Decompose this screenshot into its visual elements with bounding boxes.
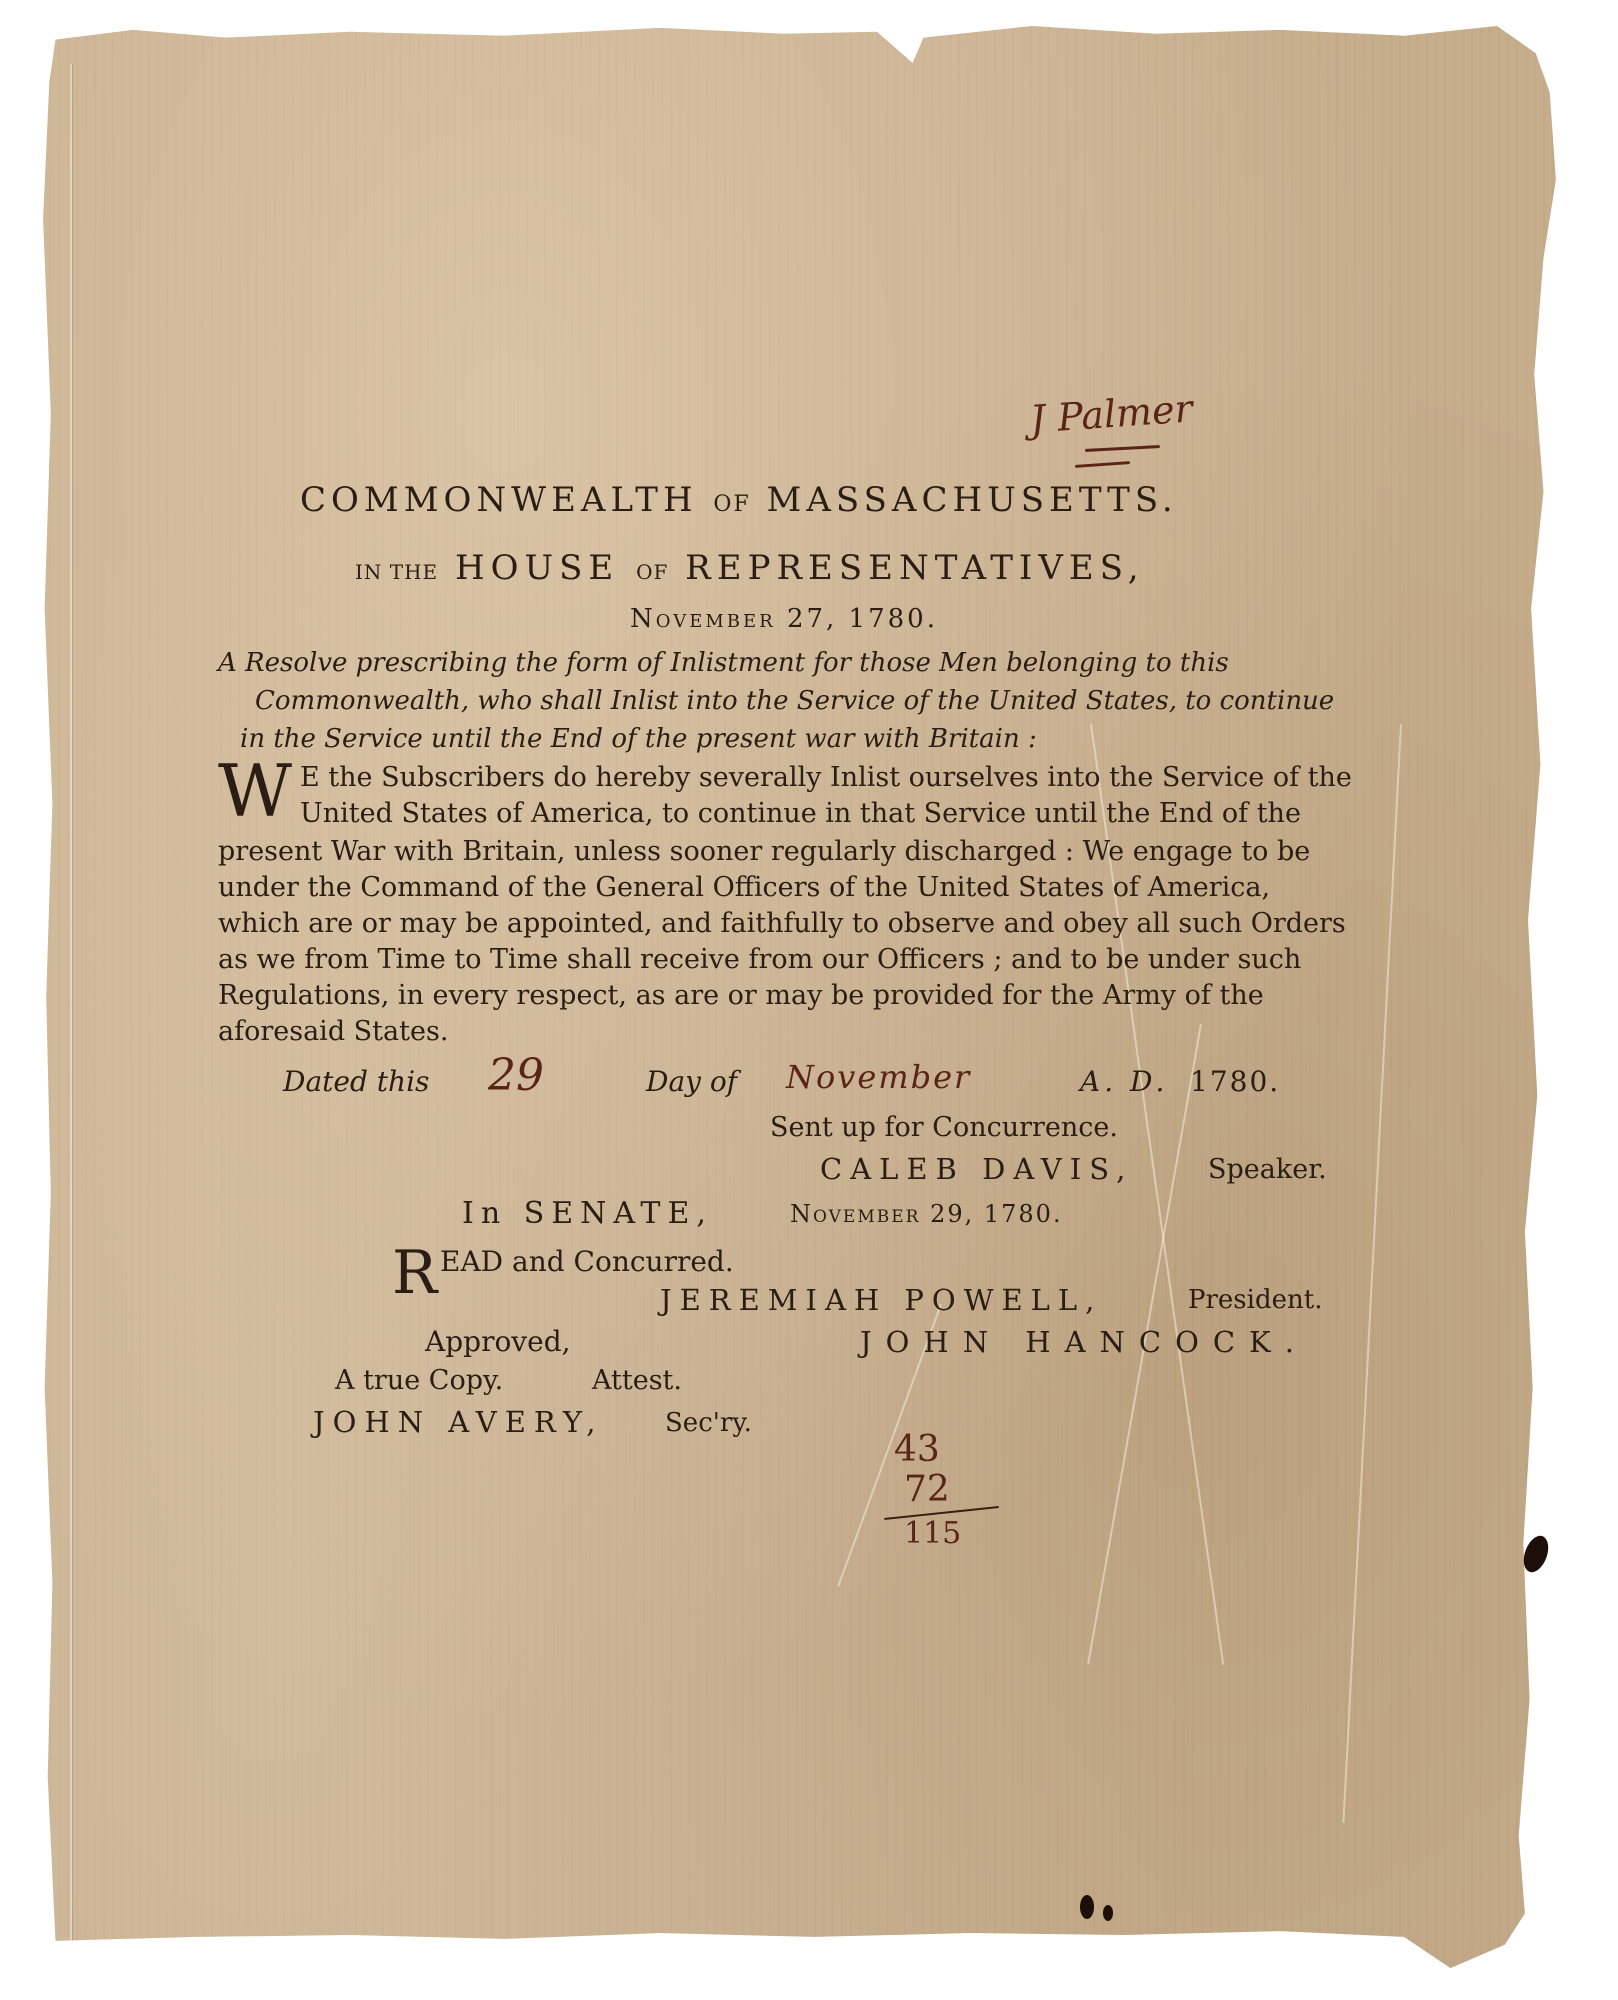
handwritten-tally: 43 72 115 [890,1430,1000,1554]
heading-text: of [713,492,750,517]
paper-crease [1342,724,1402,1823]
senate-label: In SENATE, [462,1196,713,1231]
ink-stain [1080,1895,1094,1919]
read-concurred: EAD and Concurred. [440,1245,734,1278]
body-line: Regulations, in every respect, as are or… [218,980,1264,1011]
heading-text: In the [355,560,438,584]
heading-text: REPRESENTATIVES, [685,548,1144,588]
heading-date: November 27, 1780. [630,604,938,634]
body-line: E the Subscribers do hereby severally In… [300,762,1352,793]
true-copy-label: A true Copy. [335,1365,503,1396]
president-name: JEREMIAH POWELL, [660,1283,1102,1317]
body-line: under the Command of the General Officer… [218,872,1270,903]
handwritten-day: 29 [488,1050,544,1101]
ink-stain [1103,1905,1113,1921]
body-line: which are or may be appointed, and faith… [218,908,1346,939]
sent-up-text: Sent up for Concurrence. [770,1112,1118,1143]
body-line: present War with Britain, unless sooner … [218,836,1310,867]
drop-cap: W [218,755,292,827]
resolve-line: A Resolve prescribing the form of Inlist… [218,648,1229,678]
tally-first: 43 [890,1430,1000,1470]
tally-second: 72 [890,1470,1000,1510]
speaker-title: Speaker. [1208,1154,1327,1185]
heading-text: MASSACHUSETTS. [767,480,1178,520]
secretary-name: JOHN AVERY, [313,1405,603,1439]
resolve-line: in the Service until the End of the pres… [240,724,1037,754]
secretary-title: Sec'ry. [665,1408,752,1438]
body-line: as we from Time to Time shall receive fr… [218,944,1301,975]
ad-label: A. D. [1080,1065,1168,1098]
governor-name: JOHN HANCOCK. [860,1325,1308,1359]
heading-commonwealth: COMMONWEALTH of MASSACHUSETTS. [300,480,1178,520]
senate-date: November 29, 1780. [790,1200,1063,1228]
heading-house: In the HOUSE of REPRESENTATIVES, [355,548,1145,588]
president-title: President. [1188,1285,1322,1315]
handwritten-month: November [786,1058,971,1096]
body-line: United States of America, to continue in… [300,798,1301,829]
heading-text: of [636,560,668,584]
heading-text: HOUSE [455,548,619,588]
resolve-line: Commonwealth, who shall Inlist into the … [255,686,1334,716]
dated-year: 1780. [1190,1065,1280,1098]
speaker-name: CALEB DAVIS, [820,1152,1133,1186]
paper-fold-left [70,64,72,1944]
approved-label: Approved, [425,1325,571,1358]
heading-text: COMMONWEALTH [300,480,698,520]
tally-total: 115 [890,1514,1000,1554]
body-line: aforesaid States. [218,1016,448,1047]
read-drop-cap: R [392,1238,437,1308]
day-of-label: Day of [646,1065,737,1098]
attest-label: Attest. [592,1365,682,1396]
dated-label: Dated this [283,1065,429,1098]
